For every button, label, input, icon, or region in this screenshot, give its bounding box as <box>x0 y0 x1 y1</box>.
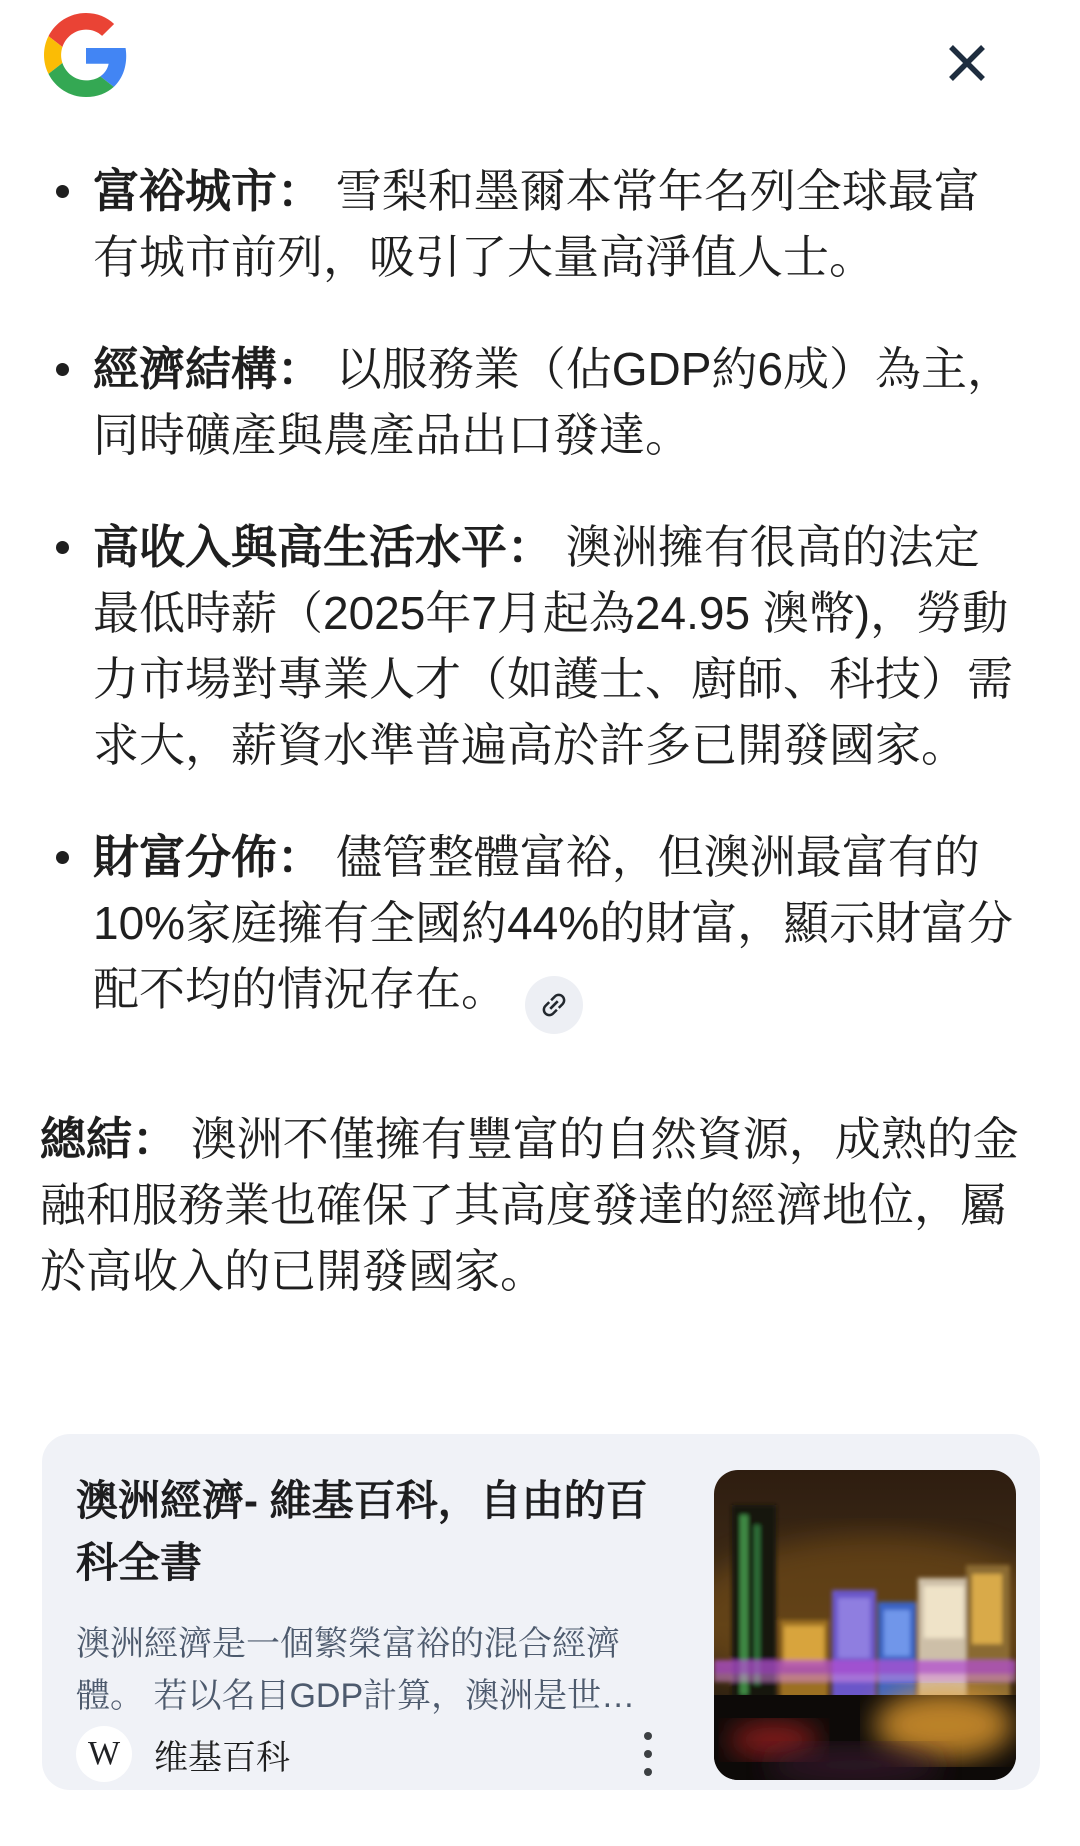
close-button[interactable] <box>940 36 994 90</box>
bullet-text: 高收入與高生活水平： 澳洲擁有很高的法定最低時薪（2025年7月起為24.95 … <box>93 514 1020 778</box>
more-options-button[interactable] <box>638 1725 658 1783</box>
bullet-head: 財富分佈： <box>93 831 323 883</box>
result-card-text: 澳洲經濟- 維基百科，自由的百科全書 澳洲經濟是一個繁榮富裕的混合經濟體。 若以… <box>76 1470 662 1782</box>
source-name: 维基百科 <box>154 1730 290 1779</box>
overview-content: 富裕城市： 雪梨和墨爾本常年名列全球最富有城市前列，吸引了大量高淨值人士。 經濟… <box>0 158 1080 1790</box>
summary-body: 澳洲不僅擁有豐富的自然資源，成熟的金融和服務業也確保了其高度發達的經濟地位，屬於… <box>40 1113 1019 1297</box>
bullet-head: 富裕城市： <box>93 165 323 217</box>
bullet-text: 經濟結構： 以服務業（佔GDP約6成）為主，同時礦產與農產品出口發達。 <box>93 336 1020 468</box>
bullet-head: 經濟結構： <box>93 343 323 395</box>
bullet-list: 富裕城市： 雪梨和墨爾本常年名列全球最富有城市前列，吸引了大量高淨值人士。 經濟… <box>40 158 1020 1034</box>
bullet-item: 高收入與高生活水平： 澳洲擁有很高的法定最低時薪（2025年7月起為24.95 … <box>40 514 1020 778</box>
result-card[interactable]: 澳洲經濟- 維基百科，自由的百科全書 澳洲經濟是一個繁榮富裕的混合經濟體。 若以… <box>42 1434 1040 1790</box>
bullet-marker <box>56 185 69 198</box>
result-title[interactable]: 澳洲經濟- 維基百科，自由的百科全書 <box>76 1470 662 1594</box>
wikipedia-avatar: W <box>76 1726 132 1782</box>
result-thumbnail-image[interactable] <box>714 1470 1016 1780</box>
summary-head: 總結： <box>40 1113 178 1165</box>
bullet-marker <box>56 363 69 376</box>
bullet-item: 財富分佈： 儘管整體富裕，但澳洲最富有的10%家庭擁有全國約44%的財富，顯示財… <box>40 824 1020 1034</box>
night-city-skyline-image <box>714 1470 1016 1780</box>
close-icon <box>942 38 992 88</box>
bullet-head: 高收入與高生活水平： <box>93 521 553 573</box>
bullet-item: 經濟結構： 以服務業（佔GDP約6成）為主，同時礦產與農產品出口發達。 <box>40 336 1020 468</box>
bullet-marker <box>56 541 69 554</box>
citation-link-button[interactable] <box>525 976 583 1034</box>
summary-paragraph: 總結： 澳洲不僅擁有豐富的自然資源，成熟的金融和服務業也確保了其高度發達的經濟地… <box>40 1106 1020 1304</box>
bullet-text: 富裕城市： 雪梨和墨爾本常年名列全球最富有城市前列，吸引了大量高淨值人士。 <box>93 158 1020 290</box>
avatar-initial: W <box>88 1735 120 1773</box>
result-snippet: 澳洲經濟是一個繁榮富裕的混合經濟體。 若以名目GDP計算，澳洲是世… <box>76 1618 662 1722</box>
bullet-item: 富裕城市： 雪梨和墨爾本常年名列全球最富有城市前列，吸引了大量高淨值人士。 <box>40 158 1020 290</box>
source-row: W 维基百科 <box>76 1726 662 1782</box>
bullet-marker <box>56 851 69 864</box>
google-g-icon <box>44 12 128 98</box>
ai-overview-panel: 富裕城市： 雪梨和墨爾本常年名列全球最富有城市前列，吸引了大量高淨值人士。 經濟… <box>0 158 1080 1790</box>
google-logo-icon <box>44 12 128 98</box>
link-icon <box>531 982 576 1027</box>
bullet-text: 財富分佈： 儘管整體富裕，但澳洲最富有的10%家庭擁有全國約44%的財富，顯示財… <box>93 824 1020 1034</box>
